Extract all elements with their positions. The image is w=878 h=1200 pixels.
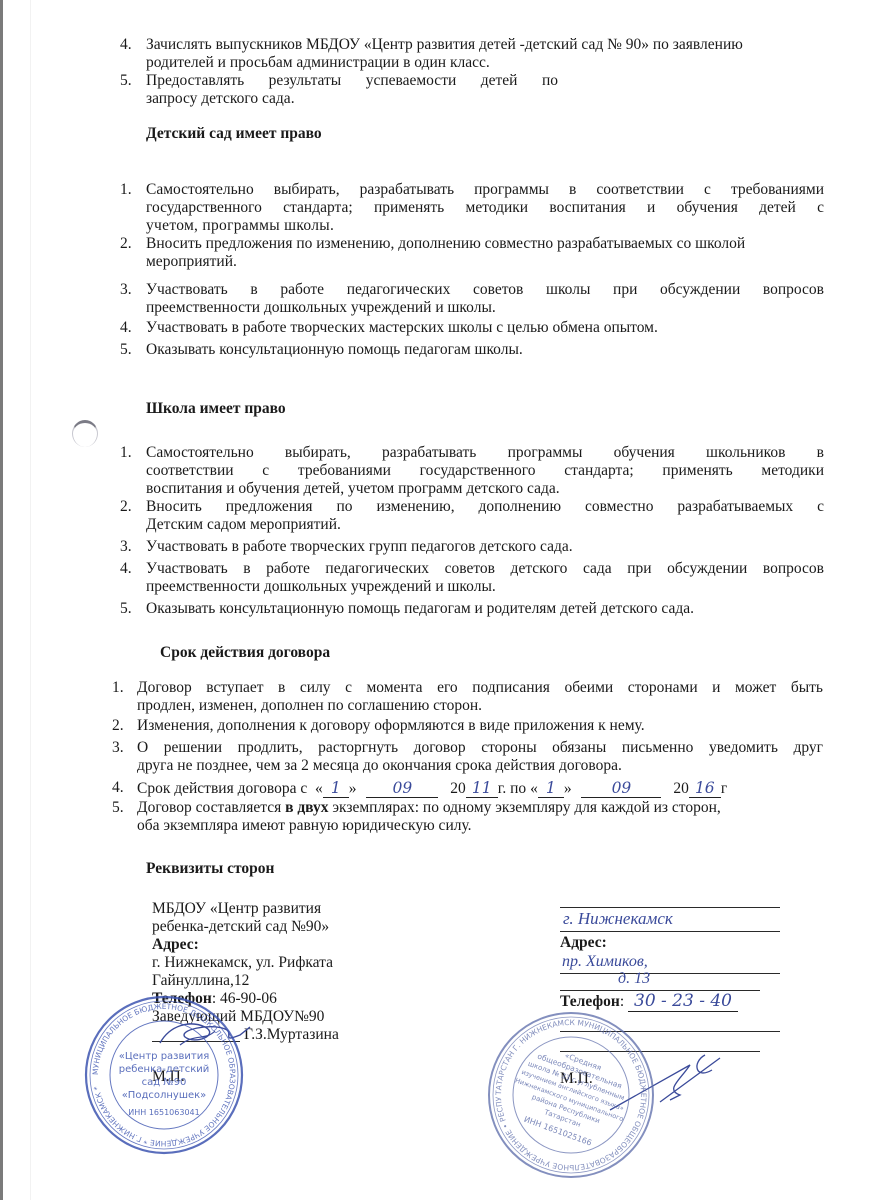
contract-term-dates: Срок действия договора с «1» 09 2011г. п… xyxy=(137,779,727,798)
svg-text:«Центр развития: «Центр развития xyxy=(119,1051,209,1062)
kindergarten-address: г. Нижнекамск, ул. Рифката xyxy=(152,954,333,972)
list-item-text: Вносить предложения по изменению, дополн… xyxy=(146,498,824,516)
item-number: 3. xyxy=(120,538,132,556)
scan-edge-shadow xyxy=(30,0,31,1200)
list-item-text: Договор вступает в силу с момента его по… xyxy=(137,679,823,697)
phone-handwritten: 30 - 23 - 40 xyxy=(628,991,738,1012)
svg-text:сад №90: сад №90 xyxy=(142,1077,187,1088)
list-item-text: родителей и просьбам администрации в оди… xyxy=(146,54,490,72)
year-prefix: 20 xyxy=(450,780,466,797)
item-number: 2. xyxy=(120,498,132,516)
city-handwritten: г. Нижнекамск xyxy=(563,910,673,928)
item-number: 4. xyxy=(120,319,132,337)
quote-open: « xyxy=(530,780,538,797)
kindergarten-address: Гайнуллина,12 xyxy=(152,972,249,990)
section-heading-contract-term: Срок действия договора xyxy=(160,644,330,662)
item-number: 4. xyxy=(112,779,124,797)
list-item-text: Договор составляется в двух экземплярах:… xyxy=(137,799,823,817)
quote-open: « xyxy=(315,780,323,797)
colon: : xyxy=(620,993,624,1010)
term-to-label: г. по xyxy=(498,780,526,797)
list-item-text: преемственности дошкольных учреждений и … xyxy=(146,578,496,596)
list-item-text: О решении продлить, расторгнуть договор … xyxy=(137,739,823,757)
address-label: Адрес: xyxy=(152,936,199,954)
address-handwritten: д. 13 xyxy=(618,970,650,988)
punch-hole-mark xyxy=(72,420,98,447)
term-prefix: Срок действия договора с xyxy=(137,780,307,797)
scan-left-edge xyxy=(0,0,3,1200)
list-item-text: Участвовать в работе творческих мастерск… xyxy=(146,319,658,337)
item-number: 4. xyxy=(120,36,132,54)
list-item-text: Самостоятельно выбирать, разрабатывать п… xyxy=(146,444,824,462)
item-number: 2. xyxy=(120,235,132,253)
year-prefix: 20 xyxy=(673,780,689,797)
to-year-field[interactable]: 16 xyxy=(689,779,721,798)
item-number: 1. xyxy=(120,181,132,199)
item-number: 5. xyxy=(120,600,132,618)
text-part: Договор составляется xyxy=(137,799,281,816)
from-month-field[interactable]: 09 xyxy=(366,779,438,798)
list-item-text: преемственности дошкольных учреждений и … xyxy=(146,299,496,317)
kindergarten-seal-stamp: МУНИЦИПАЛЬНОЕ БЮДЖЕТНОЕ ДОШКОЛЬНОЕ ОБРАЗ… xyxy=(84,995,244,1155)
form-line xyxy=(560,973,780,974)
text-part: экземплярах: по одному экземпляру для ка… xyxy=(332,799,720,816)
form-line xyxy=(560,931,780,932)
section-heading-school-rights: Школа имеет право xyxy=(146,400,286,418)
item-number: 5. xyxy=(112,799,124,817)
list-item-text: Детским садом мероприятий. xyxy=(146,516,341,534)
list-item-text: Самостоятельно выбирать, разрабатывать п… xyxy=(146,181,824,199)
list-item-text: учетом, программы школы. xyxy=(146,217,334,235)
item-number: 3. xyxy=(120,281,132,299)
svg-text:ребенка-детский: ребенка-детский xyxy=(119,1064,210,1075)
to-day-field[interactable]: 1 xyxy=(538,779,564,798)
list-item-text: Участвовать в работе творческих групп пе… xyxy=(146,538,573,556)
item-number: 1. xyxy=(112,679,124,697)
list-item-text: Участвовать в работе педагогических сове… xyxy=(146,281,824,299)
item-number: 5. xyxy=(120,72,132,90)
address-label: Адрес: xyxy=(560,934,607,952)
quote-close: » xyxy=(564,780,572,797)
item-number: 4. xyxy=(120,560,132,578)
from-year-field[interactable]: 11 xyxy=(466,779,498,798)
from-day-field[interactable]: 1 xyxy=(323,779,349,798)
list-item-text: Предоставлять результаты успеваемости де… xyxy=(146,72,558,90)
list-item-text: запросу детского сада. xyxy=(146,90,295,108)
quote-close: » xyxy=(349,780,357,797)
section-heading-requisites: Реквизиты сторон xyxy=(146,860,274,878)
list-item-text: оба экземпляра имеют равную юридическую … xyxy=(137,817,472,835)
list-item-text: друга не позднее, чем за 2 месяца до око… xyxy=(137,757,622,775)
phone-label: Телефон xyxy=(560,993,620,1010)
list-item-text: государственного стандарта; применять ме… xyxy=(146,199,824,217)
to-month-field[interactable]: 09 xyxy=(581,779,661,798)
item-number: 1. xyxy=(120,444,132,462)
list-item-text: Вносить предложения по изменению, дополн… xyxy=(146,235,745,253)
school-phone: Телефон: 30 - 23 - 40 xyxy=(560,992,738,1011)
form-line xyxy=(560,907,780,908)
item-number: 5. xyxy=(120,341,132,359)
item-number: 2. xyxy=(112,717,124,735)
year-suffix: г xyxy=(721,780,727,797)
list-item-text: Оказывать консультационную помощь педаго… xyxy=(146,600,694,618)
list-item-text: воспитания и обучения детей, учетом прог… xyxy=(146,480,560,498)
kindergarten-name: ребенка-детский сад №90» xyxy=(152,918,329,936)
list-item-text: Оказывать консультационную помощь педаго… xyxy=(146,341,523,359)
address-handwritten: пр. Химиков, xyxy=(562,953,648,971)
svg-text:ИНН 1651063041: ИНН 1651063041 xyxy=(128,1108,199,1117)
kindergarten-name: МБДОУ «Центр развития xyxy=(152,900,321,918)
list-item-text: соответствии с требованиями государствен… xyxy=(146,462,824,480)
list-item-text: Зачислять выпускников МБДОУ «Центр разви… xyxy=(146,36,826,54)
bold-text: в двух xyxy=(285,799,328,816)
list-item-text: Изменения, дополнения к договору оформля… xyxy=(137,717,645,735)
item-number: 3. xyxy=(112,739,124,757)
list-item-text: продлен, изменен, дополнен по соглашению… xyxy=(137,697,482,715)
section-heading-kindergarten-rights: Детский сад имеет право xyxy=(146,125,322,143)
svg-text:«Подсолнушек»: «Подсолнушек» xyxy=(122,1090,207,1101)
list-item-text: мероприятий. xyxy=(146,253,237,271)
list-item-text: Участвовать в работе педагогических сове… xyxy=(146,560,824,578)
school-seal-stamp: ТАТАРСТАН Г. НИЖНЕКАМСК МУНИЦИПАЛЬНОЕ БЮ… xyxy=(486,1010,656,1180)
